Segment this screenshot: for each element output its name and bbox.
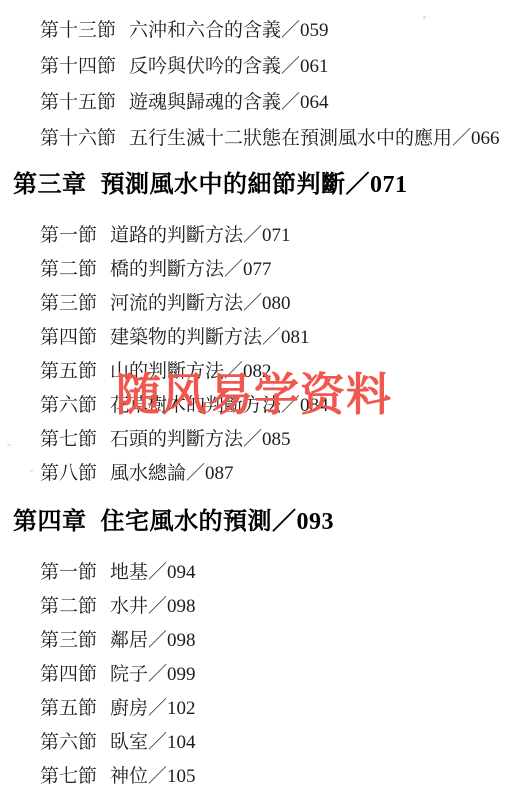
chapter-number: 第四章 (13, 507, 87, 537)
slash-separator: ／ (148, 766, 167, 787)
chapter-4-heading: 第四章 住宅風水的預測／093 (0, 507, 506, 537)
toc-entry: 第七節 石頭的判斷方法／085 (0, 423, 506, 457)
section-title-text: 臥室 (110, 732, 148, 753)
section-number: 第十三節 (40, 13, 116, 49)
chapter-page-number: 071 (370, 172, 408, 198)
section-title: 臥室／104 (110, 726, 196, 760)
toc-entry: 第四節 建築物的判斷方法／081 (0, 321, 506, 355)
section-title-text: 花草樹木的判斷方法 (110, 395, 281, 416)
section-number: 第二節 (40, 590, 97, 624)
slash-separator: ／ (281, 395, 300, 416)
section-title: 河流的判斷方法／080 (110, 287, 291, 321)
section-page-number: 077 (243, 259, 272, 280)
toc-entry: 第十六節 五行生滅十二狀態在預測風水中的應用／066 (0, 121, 506, 157)
chapter-title-text: 住宅風水的預測 (101, 509, 273, 535)
section-number: 第五節 (40, 355, 97, 389)
slash-separator: ／ (243, 225, 262, 246)
section-title: 山的判斷方法／082 (110, 355, 272, 389)
toc-entry: 第六節 花草樹木的判斷方法／084 (0, 389, 506, 423)
section-number: 第三節 (40, 624, 97, 658)
section-title: 建築物的判斷方法／081 (110, 321, 310, 355)
section-title-text: 水井 (110, 596, 148, 617)
section-title: 橋的判斷方法／077 (110, 253, 272, 287)
section-number: 第七節 (40, 423, 97, 457)
section-title-text: 建築物的判斷方法 (110, 327, 262, 348)
section-page-number: 099 (167, 664, 196, 685)
section-title: 水井／098 (110, 590, 196, 624)
section-page-number: 061 (300, 56, 329, 77)
section-number: 第七節 (40, 760, 97, 794)
slash-separator: ／ (243, 429, 262, 450)
section-page-number: 094 (167, 562, 196, 583)
section-number: 第八節 (40, 457, 97, 491)
section-number: 第六節 (40, 389, 97, 423)
slash-separator: ／ (272, 509, 297, 535)
section-title: 反吟與伏吟的含義／061 (129, 49, 329, 85)
section-number: 第二節 (40, 253, 97, 287)
section-title: 風水總論／087 (110, 457, 234, 491)
slash-separator: ／ (224, 259, 243, 280)
toc-entry: 第十三節 六沖和六合的含義／059 (0, 13, 506, 49)
toc-entry: 第一節 地基／094 (0, 556, 506, 590)
section-page-number: 071 (262, 225, 291, 246)
slash-separator: ／ (148, 630, 167, 651)
section-number: 第五節 (40, 692, 97, 726)
chapter-title: 預測風水中的細節判斷／071 (101, 170, 408, 200)
section-title: 院子／099 (110, 658, 196, 692)
scan-speck (30, 470, 33, 472)
toc-entry: 第五節 廚房／102 (0, 692, 506, 726)
section-title-text: 山的判斷方法 (110, 361, 224, 382)
slash-separator: ／ (148, 562, 167, 583)
chapter-4-sections-list: 第一節 地基／094 第二節 水井／098 第三節 鄰居／098 第四節 院子／… (0, 556, 506, 794)
section-number: 第四節 (40, 321, 97, 355)
section-title: 花草樹木的判斷方法／084 (110, 389, 329, 423)
section-page-number: 064 (300, 92, 329, 113)
section-title: 廚房／102 (110, 692, 196, 726)
section-page-number: 082 (243, 361, 272, 382)
section-number: 第三節 (40, 287, 97, 321)
toc-entry: 第六節 臥室／104 (0, 726, 506, 760)
slash-separator: ／ (262, 327, 281, 348)
section-title: 鄰居／098 (110, 624, 196, 658)
slash-separator: ／ (224, 361, 243, 382)
section-page-number: 066 (471, 128, 500, 149)
section-page-number: 087 (205, 463, 234, 484)
section-title-text: 神位 (110, 766, 148, 787)
slash-separator: ／ (452, 128, 471, 149)
section-title: 道路的判斷方法／071 (110, 219, 291, 253)
slash-separator: ／ (243, 293, 262, 314)
section-title: 五行生滅十二狀態在預測風水中的應用／066 (129, 121, 500, 157)
toc-entry: 第二節 水井／098 (0, 590, 506, 624)
slash-separator: ／ (186, 463, 205, 484)
scan-speck (423, 16, 426, 19)
chapter-page-number: 093 (297, 509, 335, 535)
section-page-number: 080 (262, 293, 291, 314)
section-page-number: 084 (300, 395, 329, 416)
toc-entry: 第八節 風水總論／087 (0, 457, 506, 491)
section-number: 第一節 (40, 219, 97, 253)
toc-entry: 第七節 神位／105 (0, 760, 506, 794)
chapter-number: 第三章 (13, 170, 87, 200)
slash-separator: ／ (148, 732, 167, 753)
slash-separator: ／ (281, 92, 300, 113)
section-title: 地基／094 (110, 556, 196, 590)
section-number: 第十五節 (40, 85, 116, 121)
section-title-text: 風水總論 (110, 463, 186, 484)
section-page-number: 098 (167, 630, 196, 651)
section-title: 六沖和六合的含義／059 (129, 13, 329, 49)
section-page-number: 085 (262, 429, 291, 450)
section-title-text: 河流的判斷方法 (110, 293, 243, 314)
chapter-title-text: 預測風水中的細節判斷 (101, 172, 346, 198)
section-number: 第四節 (40, 658, 97, 692)
toc-entry: 第三節 河流的判斷方法／080 (0, 287, 506, 321)
chapter-3-sections-list: 第一節 道路的判斷方法／071 第二節 橋的判斷方法／077 第三節 河流的判斷… (0, 219, 506, 491)
intro-sections-list: 第十三節 六沖和六合的含義／059 第十四節 反吟與伏吟的含義／061 第十五節… (0, 0, 506, 157)
chapter-3-heading: 第三章 預測風水中的細節判斷／071 (0, 170, 506, 200)
slash-separator: ／ (346, 172, 371, 198)
section-page-number: 059 (300, 20, 329, 41)
section-page-number: 105 (167, 766, 196, 787)
section-number: 第一節 (40, 556, 97, 590)
chapter-title: 住宅風水的預測／093 (101, 507, 335, 537)
section-title-text: 六沖和六合的含義 (129, 20, 281, 41)
book-toc-page: 第十三節 六沖和六合的含義／059 第十四節 反吟與伏吟的含義／061 第十五節… (0, 0, 506, 795)
slash-separator: ／ (148, 596, 167, 617)
section-page-number: 081 (281, 327, 310, 348)
section-title: 神位／105 (110, 760, 196, 794)
toc-entry: 第一節 道路的判斷方法／071 (0, 219, 506, 253)
section-title-text: 反吟與伏吟的含義 (129, 56, 281, 77)
section-title: 遊魂與歸魂的含義／064 (129, 85, 329, 121)
section-title-text: 石頭的判斷方法 (110, 429, 243, 450)
slash-separator: ／ (281, 20, 300, 41)
toc-entry: 第五節 山的判斷方法／082 (0, 355, 506, 389)
toc-entry: 第十五節 遊魂與歸魂的含義／064 (0, 85, 506, 121)
section-page-number: 102 (167, 698, 196, 719)
scan-speck (7, 444, 11, 446)
slash-separator: ／ (148, 664, 167, 685)
toc-entry: 第二節 橋的判斷方法／077 (0, 253, 506, 287)
section-title-text: 遊魂與歸魂的含義 (129, 92, 281, 113)
section-title-text: 鄰居 (110, 630, 148, 651)
slash-separator: ／ (148, 698, 167, 719)
section-title-text: 橋的判斷方法 (110, 259, 224, 280)
section-number: 第十六節 (40, 121, 116, 157)
section-number: 第六節 (40, 726, 97, 760)
toc-entry: 第十四節 反吟與伏吟的含義／061 (0, 49, 506, 85)
toc-entry: 第四節 院子／099 (0, 658, 506, 692)
section-title: 石頭的判斷方法／085 (110, 423, 291, 457)
section-title-text: 院子 (110, 664, 148, 685)
section-number: 第十四節 (40, 49, 116, 85)
section-title-text: 道路的判斷方法 (110, 225, 243, 246)
toc-entry: 第三節 鄰居／098 (0, 624, 506, 658)
section-title-text: 地基 (110, 562, 148, 583)
slash-separator: ／ (281, 56, 300, 77)
section-title-text: 五行生滅十二狀態在預測風水中的應用 (129, 128, 452, 149)
section-page-number: 104 (167, 732, 196, 753)
section-title-text: 廚房 (110, 698, 148, 719)
section-page-number: 098 (167, 596, 196, 617)
